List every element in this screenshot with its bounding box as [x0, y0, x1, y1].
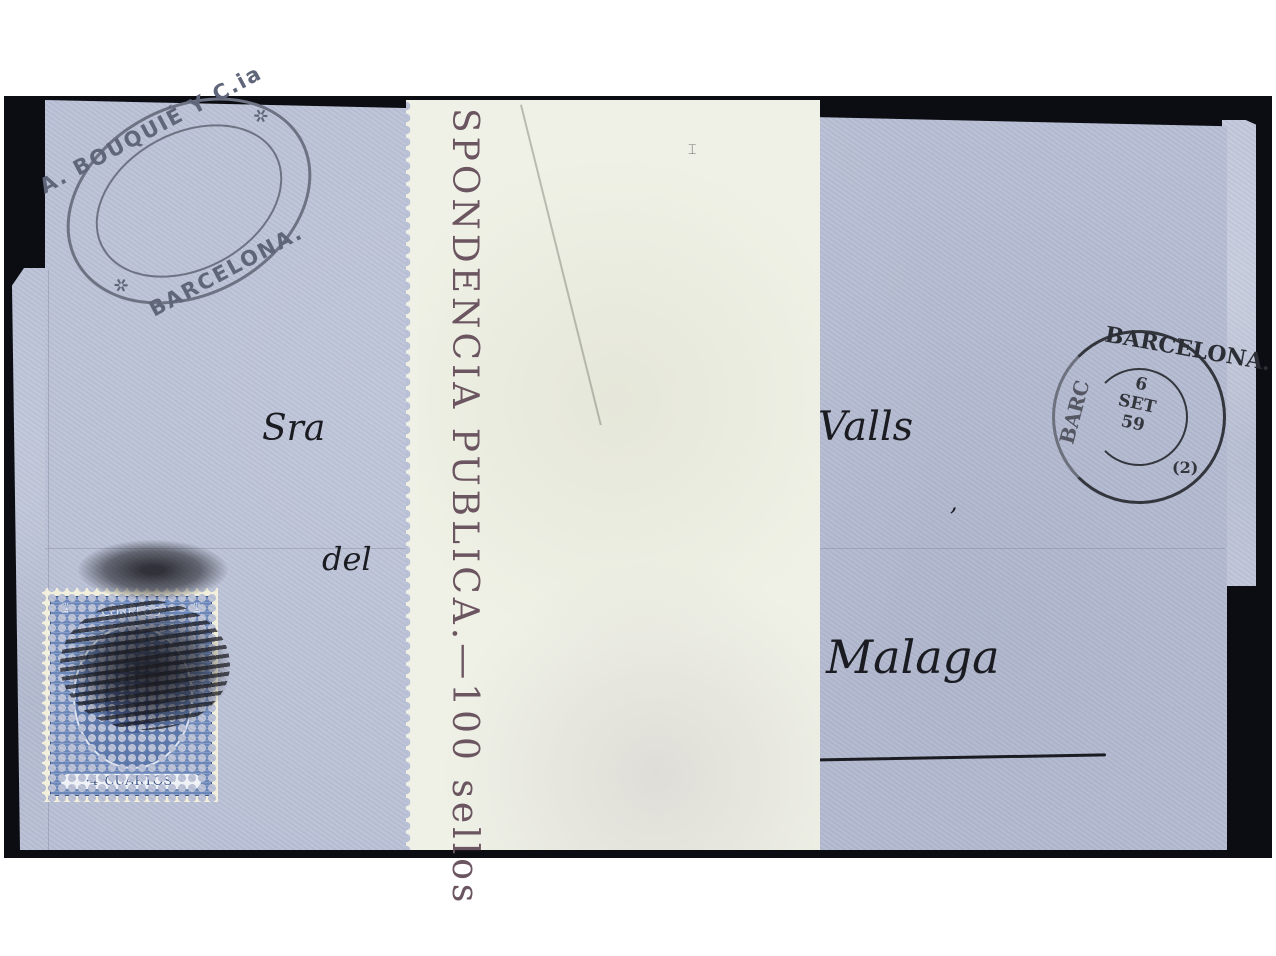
address-line2: del: [322, 540, 372, 578]
band-perforated-edge: [406, 100, 418, 850]
band-inscription: SPONDENCIA PUBLICA.—100 sellos: [444, 108, 485, 906]
stamp-denomination: ·4_CUARTOS·: [61, 774, 201, 789]
address-city: Malaga: [826, 630, 1000, 684]
postmark-number: (2): [1172, 458, 1198, 477]
band-pencil-mark: ⌶: [688, 142, 696, 158]
address-name: Valls: [818, 404, 913, 450]
address-comma: ,: [950, 488, 958, 516]
postmark-datestamp: BARCELONA. BARC 6 SET 59 (2): [1052, 330, 1226, 504]
cancellation-smudge: [78, 540, 228, 600]
address-salutation: Sra: [262, 408, 325, 449]
cancellation-ink: [70, 610, 230, 730]
